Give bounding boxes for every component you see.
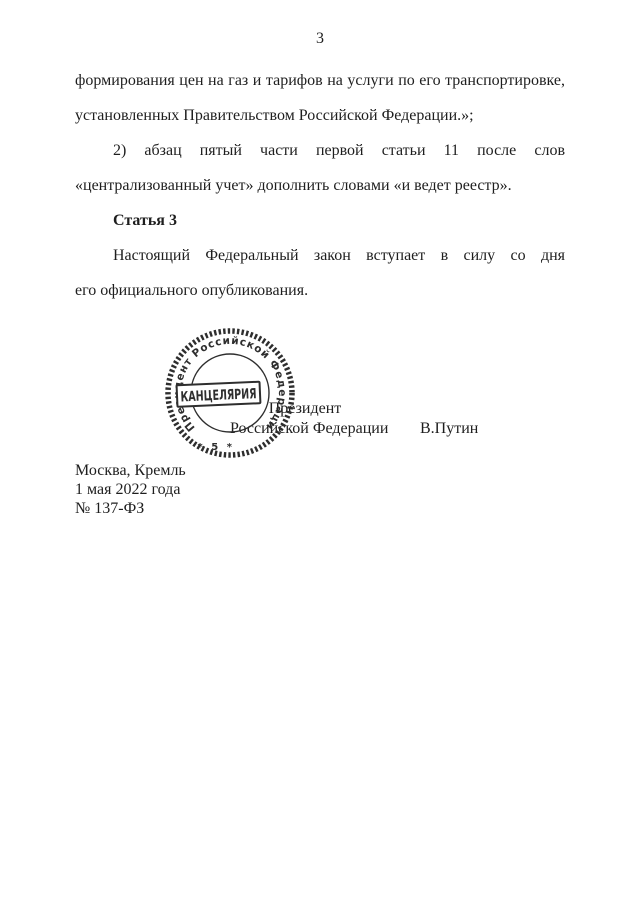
footer-place: Москва, Кремль — [75, 461, 186, 480]
page-number: 3 — [0, 30, 640, 48]
body-line: установленных Правительством Российской … — [75, 98, 565, 133]
document-page: { "page": { "number": "3" }, "colors": {… — [0, 0, 640, 905]
stamp-number-label: * 5 * — [198, 442, 235, 453]
body-line: Настоящий Федеральный закон вступает в с… — [75, 238, 565, 273]
body-line: 2) абзац пятый части первой статьи 11 по… — [75, 133, 565, 168]
body-line: формирования цен на газ и тарифов на усл… — [75, 63, 565, 98]
stamp-center-label: КАНЦЕЛЯРИЯ — [180, 386, 257, 405]
document-body: формирования цен на газ и тарифов на усл… — [75, 63, 565, 308]
document-footer: Москва, Кремль 1 мая 2022 года № 137-ФЗ — [75, 461, 186, 518]
footer-number: № 137-ФЗ — [75, 499, 186, 518]
body-line: «централизованный учет» дополнить словам… — [75, 168, 565, 203]
signature-name: В.Путин — [420, 420, 478, 438]
chancellery-stamp: Президент Российской Федерации * 5 * КАН… — [160, 323, 300, 463]
article-heading: Статья 3 — [75, 203, 565, 238]
stamp-ring-label: Президент Российской Федерации — [160, 323, 288, 434]
body-line: его официального опубликования. — [75, 273, 565, 308]
footer-date: 1 мая 2022 года — [75, 480, 186, 499]
